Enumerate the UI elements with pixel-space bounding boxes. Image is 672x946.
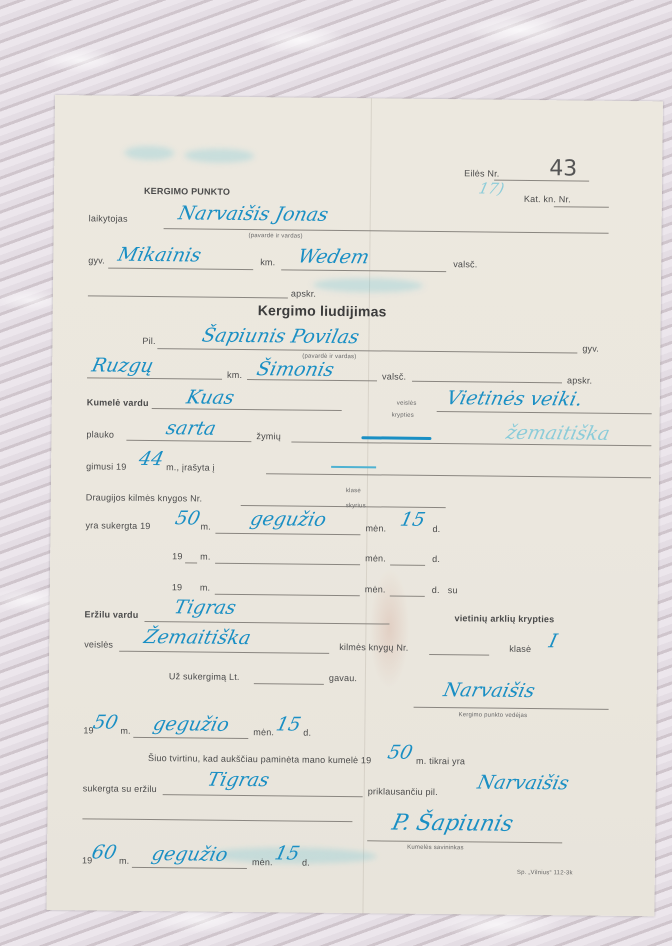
stallion-class-label: klasė — [509, 644, 531, 654]
covered-with-label: sukergta su eržilu — [83, 783, 157, 794]
covered-day: 15 — [398, 509, 427, 531]
field-line — [429, 654, 489, 656]
eiles-nr-label: Eilės Nr. — [464, 168, 499, 178]
final-date-year: 60 — [90, 841, 119, 863]
vals-label: valsč. — [453, 259, 477, 269]
stallion-breed-value: Žemaitiška — [142, 626, 253, 649]
certificate-paper: Eilės Nr. 43 Kat. kn. Nr. 17) KERGIMO PU… — [46, 95, 663, 916]
field-line — [163, 794, 363, 797]
field-line — [367, 840, 562, 843]
apskr-label: apskr. — [291, 288, 316, 298]
m-label-3: m. — [200, 583, 211, 593]
confirm-year: 50 — [386, 742, 415, 764]
marks-label: žymių — [256, 431, 281, 441]
born-label: gimusi 19 — [86, 461, 126, 471]
m-label-2: m. — [200, 552, 211, 562]
keeper-hint: (pavardė ir vardas) — [249, 233, 303, 240]
field-line — [254, 683, 324, 685]
field-line — [164, 228, 609, 234]
eiles-nr-value: 43 — [549, 156, 577, 181]
owner-value: Šapiunis Povilas — [200, 325, 361, 349]
date2-prefix: 19 — [172, 551, 183, 561]
d-label: d. — [432, 524, 440, 534]
men-label-3: mėn. — [365, 584, 386, 594]
certificate-title: Kergimo liudijimas — [258, 302, 387, 319]
ink-smudge — [124, 146, 174, 161]
field-line — [215, 533, 360, 536]
born-value: 44 — [137, 448, 166, 470]
stallion-type-label: vietinių arklių krypties — [454, 613, 554, 624]
field-line — [119, 651, 329, 654]
owner-km-value: Šimonis — [255, 358, 337, 381]
covered-year: 50 — [173, 507, 202, 529]
confirm-text: Šiuo tvirtinu, kad aukščiau paminėta man… — [148, 753, 371, 765]
skyrius-label: skyrius — [346, 503, 366, 509]
fee-suffix: gavau. — [329, 673, 357, 683]
field-line — [152, 408, 342, 411]
owner-gyv-value: Ruzgų — [90, 354, 156, 377]
final-m-label: m. — [119, 856, 130, 866]
field-line — [108, 268, 253, 271]
stallion-label: Eržilu vardu — [85, 609, 139, 620]
stallion-book-label: kilmės knygų Nr. — [339, 642, 408, 653]
date-month: gegužio — [151, 713, 231, 736]
manager-label: Kergimo punkto vedėjas — [458, 712, 527, 719]
owner-signature: P. Šapiunis — [390, 811, 516, 837]
men-label-2: mėn. — [365, 553, 386, 563]
field-line — [126, 440, 251, 442]
color-value: sarta — [164, 417, 218, 439]
stallion-breed-label: veislės — [84, 639, 113, 649]
breed-value-2: žemaitiška — [504, 422, 612, 445]
manager-signature: Narvaišis — [441, 679, 537, 702]
stallion-value: Tigras — [172, 596, 238, 619]
field-line — [412, 381, 562, 384]
field-line — [144, 621, 389, 625]
km-value: Wedem — [296, 246, 372, 269]
marks-value-dash — [361, 436, 431, 440]
keeper-value: Narvaišis Jonas — [176, 202, 330, 226]
field-line — [185, 562, 197, 563]
date3-prefix: 19 — [172, 582, 183, 592]
direction-label: krypties — [392, 413, 414, 419]
covered-month: gegužio — [248, 508, 328, 531]
section-title: KERGIMO PUNKTO — [144, 186, 230, 197]
field-line — [88, 295, 288, 298]
belongs-value: Narvaišis — [475, 771, 571, 794]
stallion-class-value: I — [547, 630, 559, 652]
date-day: 15 — [274, 713, 303, 735]
owner-label: Kumelės savininkas — [407, 845, 464, 852]
pil-label: Pil. — [142, 336, 155, 346]
final-date-month: gegužio — [150, 843, 230, 866]
gyv-label: gyv. — [88, 255, 105, 265]
ink-smudge — [313, 278, 423, 293]
field-line — [215, 594, 360, 597]
m-label: m. — [200, 522, 211, 532]
field-line — [281, 269, 446, 272]
mare-label: Kumelė vardu — [87, 397, 149, 408]
field-line — [390, 565, 425, 566]
keeper-label: laikytojas — [89, 213, 128, 223]
final-men-label: mėn. — [252, 857, 273, 867]
su-label: su — [448, 585, 458, 595]
date-men-label: mėn. — [253, 727, 274, 737]
date-year: 50 — [91, 711, 120, 733]
final-date-day: 15 — [273, 842, 302, 864]
field-line — [87, 377, 222, 379]
confirm-stallion: Tigras — [205, 769, 271, 792]
field-line — [414, 707, 609, 710]
field-line — [215, 563, 360, 566]
field-line — [554, 206, 609, 208]
covered-label: yra sukergta 19 — [85, 520, 150, 531]
gyv-value: Mikainis — [116, 244, 203, 267]
book-label: Draugijos kilmės knygos Nr. — [86, 492, 203, 503]
field-line — [132, 867, 247, 869]
handwritten-mark: 17) — [477, 179, 506, 197]
owner-vals-label: valsč. — [382, 371, 406, 381]
klase-label: klasė — [346, 488, 361, 494]
owner-apskr-label: apskr. — [567, 375, 592, 385]
owner-km-label: km. — [227, 370, 242, 380]
breed-value: Vietinės veiki. — [444, 387, 584, 410]
d-label-3: d. — [432, 585, 440, 595]
field-line — [437, 411, 652, 414]
field-line — [266, 473, 651, 478]
fee-label: Už sukergimą Lt. — [169, 671, 240, 682]
confirm-suffix: m. tikrai yra — [416, 756, 465, 767]
mare-value: Kuas — [184, 386, 236, 408]
men-label: mėn. — [365, 523, 386, 533]
d-label-2: d. — [432, 554, 440, 564]
field-line — [133, 737, 248, 739]
color-label: plauko — [86, 429, 114, 439]
born-suffix: m., įrašyta į — [166, 462, 215, 473]
owner-gyv-label: gyv. — [582, 344, 599, 354]
ink-smudge — [184, 148, 254, 163]
breed-label: veislės — [397, 401, 417, 407]
final-d-label: d. — [302, 858, 310, 868]
date-d-label: d. — [303, 728, 311, 738]
field-line — [82, 818, 352, 822]
print-code: Sp. „Vilnius“ 112-3k — [517, 870, 573, 877]
km-label: km. — [260, 257, 275, 267]
kat-nr-label: Kat. kn. Nr. — [524, 194, 571, 204]
date-m-label: m. — [120, 726, 131, 736]
belongs-label: priklausančiu pil. — [368, 786, 438, 797]
born-ink-dash — [331, 466, 376, 468]
